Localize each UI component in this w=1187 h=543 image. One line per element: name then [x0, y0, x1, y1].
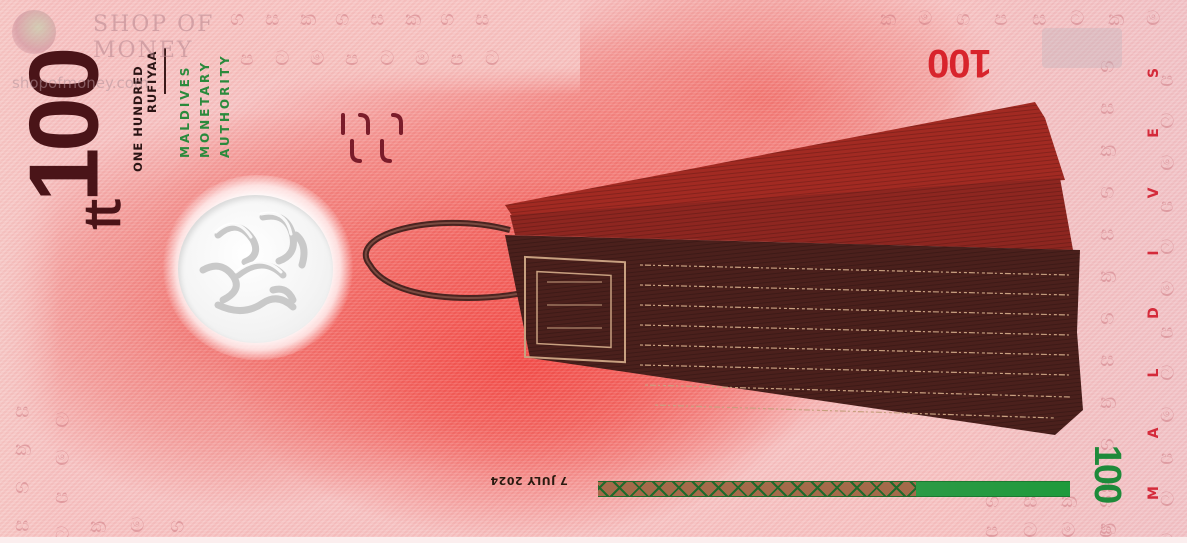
country-letter: A: [1146, 423, 1162, 443]
pattern-glyph: ට: [1070, 8, 1084, 28]
pattern-glyph: ප: [345, 48, 359, 68]
pattern-glyph: ස: [1100, 349, 1114, 369]
note-edge: [0, 537, 1187, 543]
denomination-green: 100: [1085, 445, 1128, 502]
pattern-glyph: ක: [1100, 265, 1116, 285]
country-letter: M: [1146, 483, 1162, 503]
rufiyaa-sign-icon: ₶: [67, 198, 135, 229]
pattern-glyph: ක: [1100, 139, 1116, 159]
pattern-glyph: ම: [1146, 8, 1160, 28]
pattern-glyph: ප: [55, 486, 69, 506]
pattern-glyph: ග: [1100, 181, 1114, 201]
country-letter: I: [1146, 243, 1162, 263]
thaana-emboss-icon: [178, 195, 333, 343]
pattern-glyph: ප: [450, 48, 464, 68]
country-letter: S: [1146, 63, 1162, 83]
pattern-glyph: ග: [170, 515, 184, 535]
transparent-window: [178, 195, 333, 343]
pattern-glyph: ස: [1100, 97, 1114, 117]
pattern-glyph: ම: [55, 448, 69, 468]
pattern-glyph: ක: [880, 8, 896, 28]
pattern-glyph: ස: [1100, 223, 1114, 243]
manuscript-vignette: [355, 100, 1090, 440]
pattern-glyph: ග: [956, 8, 970, 28]
watermark-url: shopofmoney.com: [12, 74, 149, 92]
strip-solid: [916, 481, 1070, 497]
pattern-glyph: ක: [300, 8, 316, 28]
denomination-top-right: 100: [928, 40, 992, 85]
pattern-glyph: ම: [310, 48, 324, 68]
pattern-glyph: ක: [90, 515, 106, 535]
pattern-glyph: ක: [1100, 391, 1116, 411]
pattern-glyph: ස: [15, 400, 29, 420]
pattern-glyph: ස: [370, 8, 384, 28]
pattern-glyph: ප: [994, 8, 1008, 28]
country-letter: L: [1146, 363, 1162, 383]
pattern-glyph: ක: [15, 438, 31, 458]
pattern-glyph: ම: [415, 48, 429, 68]
shop-logo-icon: [12, 10, 56, 54]
pattern-glyph: ග: [335, 8, 349, 28]
pattern-glyph: ස: [265, 8, 279, 28]
pattern-glyph: ම: [918, 8, 932, 28]
strip-pattern: [598, 481, 918, 497]
shop-watermark: SHOP OF MONEY shopofmoney.com: [8, 6, 248, 96]
optically-variable-window: [1042, 28, 1122, 68]
pattern-glyph: ස: [1032, 8, 1046, 28]
watermark-line1: SHOP OF: [93, 12, 214, 37]
pattern-glyph: ක: [1108, 8, 1124, 28]
pattern-glyph: ග: [15, 476, 29, 496]
country-letter: E: [1146, 123, 1162, 143]
country-letter: D: [1146, 303, 1162, 323]
pattern-glyph: ග: [440, 8, 454, 28]
pattern-glyph: ට: [380, 48, 394, 68]
pattern-glyph: ට: [275, 48, 289, 68]
country-name-vertical: MALDIVES: [1144, 35, 1164, 515]
pattern-glyph: ස: [15, 514, 29, 534]
pattern-glyph: ම: [130, 515, 144, 535]
pattern-glyph: ට: [485, 48, 499, 68]
security-strip: [598, 481, 1070, 495]
pattern-glyph: ට: [55, 410, 69, 430]
pattern-glyph: ක: [405, 8, 421, 28]
banknote: ගපසටකමගපසටකමගපසටකමගපසටකමගපසටකමගපසටකමගපසට…: [0, 0, 1187, 543]
country-letter: V: [1146, 183, 1162, 203]
issue-date: 7 JULY 2024: [490, 474, 568, 487]
watermark-line2: MONEY: [93, 38, 193, 63]
pattern-glyph: ග: [1100, 307, 1114, 327]
pattern-glyph: ස: [475, 8, 489, 28]
